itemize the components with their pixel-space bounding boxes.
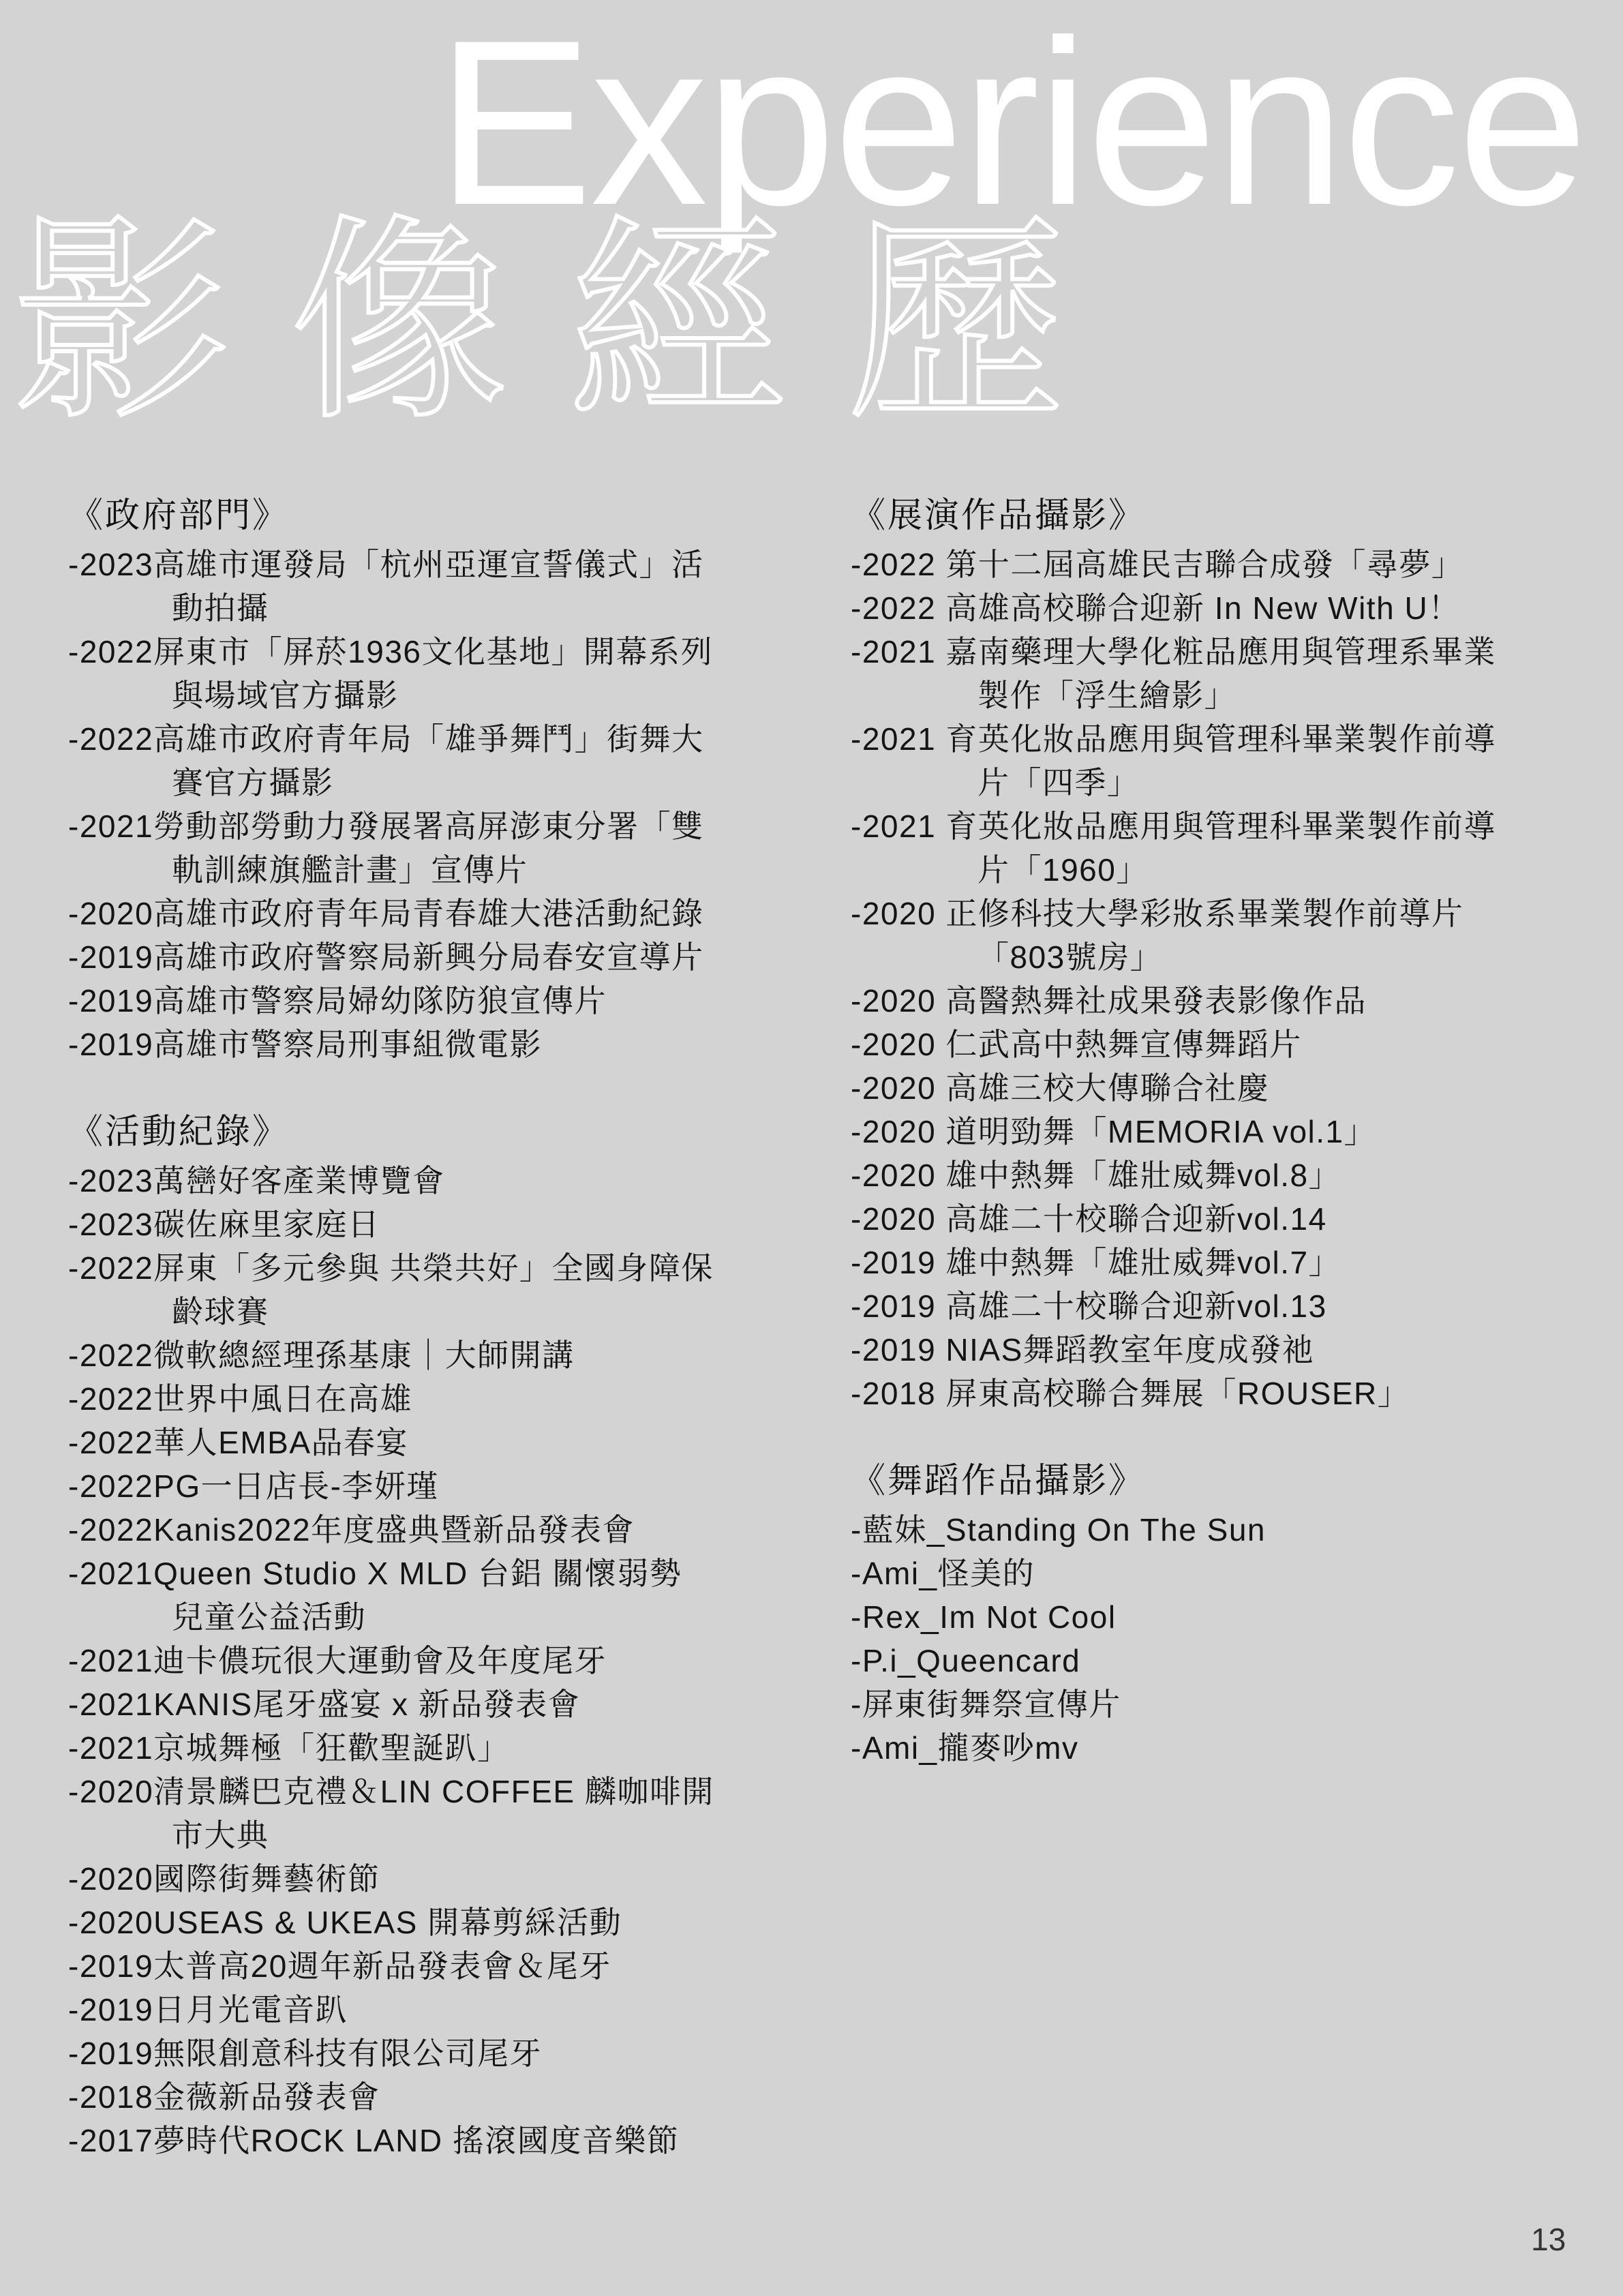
experience-item-wrapped-line: 兒童公益活動 [172,1595,818,1639]
experience-item: -2018金薇新品發表會 [68,2075,818,2119]
section-heading: 《舞蹈作品攝影》 [851,1456,1614,1505]
experience-item: -屏東街舞祭宣傳片 [851,1682,1614,1726]
experience-section: 《政府部門》-2023高雄市運發局「杭州亞運宣誓儀式」活動拍攝-2022屏東市「… [68,491,818,1066]
experience-item: -2021京城舞極「狂歡聖誕趴」 [68,1726,818,1770]
experience-item: -2020 高雄三校大傳聯合社慶 [851,1066,1614,1110]
experience-item: -2021勞動部勞動力發展署高屏澎東分署「雙軌訓練旗艦計畫」宣傳片 [68,804,818,892]
experience-item-wrapped-line: 動拍攝 [172,586,818,630]
portfolio-experience-page: Experience 影像經歷 《政府部門》-2023高雄市運發局「杭州亞運宣誓… [0,0,1623,2296]
experience-item-wrapped-line: 齡球賽 [172,1290,818,1333]
experience-item: -2019日月光電音趴 [68,1988,818,2031]
experience-item-wrapped-line: 「803號房」 [977,935,1614,979]
experience-item-wrapped-line: 製作「浮生繪影」 [977,674,1614,717]
experience-item: -2020 正修科技大學彩妝系畢業製作前導片「803號房」 [851,892,1614,979]
experience-item: -2021迪卡儂玩很大運動會及年度尾牙 [68,1639,818,1682]
section-heading: 《展演作品攝影》 [851,491,1614,540]
experience-item: -Ami_怪美的 [851,1552,1614,1595]
experience-item: -2019 NIAS舞蹈教室年度成發祂 [851,1328,1614,1372]
experience-item: -2021Queen Studio X MLD 台鋁 關懷弱勢兒童公益活動 [68,1552,818,1639]
experience-item: -2020 高雄二十校聯合迎新vol.14 [851,1197,1614,1241]
experience-item: -2022華人EMBA品春宴 [68,1421,818,1464]
experience-item-wrapped-line: 片「1960」 [977,848,1614,892]
experience-item: -2019太普高20週年新品發表會＆尾牙 [68,1944,818,1988]
experience-item: -2021 嘉南藥理大學化粧品應用與管理系畢業製作「浮生繪影」 [851,630,1614,717]
experience-item: -2019無限創意科技有限公司尾牙 [68,2031,818,2075]
experience-item: -2020 道明勁舞「MEMORIA vol.1」 [851,1110,1614,1153]
experience-item: -2023高雄市運發局「杭州亞運宣誓儀式」活動拍攝 [68,543,818,630]
experience-item: -2019高雄市警察局婦幼隊防狼宣傳片 [68,979,818,1023]
experience-item: -藍妹_Standing On The Sun [851,1508,1614,1552]
experience-item-wrapped-line: 市大典 [172,1813,818,1857]
experience-item: -2020高雄市政府青年局青春雄大港活動紀錄 [68,892,818,935]
experience-item: -2022高雄市政府青年局「雄爭舞鬥」街舞大賽官方攝影 [68,717,818,804]
experience-item: -2019 雄中熱舞「雄壯威舞vol.7」 [851,1241,1614,1284]
experience-item: -2022 第十二屆高雄民吉聯合成發「尋夢」 [851,543,1614,586]
experience-item: -2022屏東市「屏菸1936文化基地」開幕系列與場域官方攝影 [68,630,818,717]
experience-item: -P.i_Queencard [851,1639,1614,1682]
experience-item: -2022 高雄高校聯合迎新 In New With U！ [851,586,1614,630]
experience-item: -2020 雄中熱舞「雄壯威舞vol.8」 [851,1153,1614,1197]
experience-item: -2021KANIS尾牙盛宴 x 新品發表會 [68,1682,818,1726]
page-title-chinese-outline: 影像經歷 [12,208,1125,437]
experience-item: -2020 仁武高中熱舞宣傳舞蹈片 [851,1023,1614,1066]
experience-item: -2020國際街舞藝術節 [68,1857,818,1901]
experience-item: -2019高雄市政府警察局新興分局春安宣導片 [68,935,818,979]
experience-section: 《展演作品攝影》-2022 第十二屆高雄民吉聯合成發「尋夢」-2022 高雄高校… [851,491,1614,1415]
experience-item: -2019高雄市警察局刑事組微電影 [68,1023,818,1066]
experience-item-wrapped-line: 賽官方攝影 [172,761,818,804]
experience-item: -2021 育英化妝品應用與管理科畢業製作前導片「1960」 [851,804,1614,892]
experience-item: -2021 育英化妝品應用與管理科畢業製作前導片「四季」 [851,717,1614,804]
experience-column-left: 《政府部門》-2023高雄市運發局「杭州亞運宣誓儀式」活動拍攝-2022屏東市「… [68,491,818,2162]
experience-item: -2018 屏東高校聯合舞展「ROUSER」 [851,1372,1614,1415]
experience-item: -2023碳佐麻里家庭日 [68,1203,818,1246]
page-number: 13 [1531,2221,1566,2258]
experience-item: -Ami_攏麥吵mv [851,1726,1614,1770]
experience-item: -2020 高醫熱舞社成果發表影像作品 [851,979,1614,1023]
section-heading: 《政府部門》 [68,491,818,540]
experience-item: -2022Kanis2022年度盛典暨新品發表會 [68,1508,818,1552]
experience-item: -2019 高雄二十校聯合迎新vol.13 [851,1284,1614,1328]
experience-item-wrapped-line: 與場域官方攝影 [172,674,818,717]
experience-item: -2020清景麟巴克禮＆LIN COFFEE 麟咖啡開市大典 [68,1770,818,1857]
section-heading: 《活動紀錄》 [68,1107,818,1156]
experience-item: -2022PG一日店長-李妍瑾 [68,1464,818,1508]
experience-item: -2017夢時代ROCK LAND 搖滾國度音樂節 [68,2119,818,2162]
experience-item: -2023萬巒好客產業博覽會 [68,1159,818,1203]
experience-item-wrapped-line: 片「四季」 [977,761,1614,804]
experience-item: -2022微軟總經理孫基康｜大師開講 [68,1333,818,1377]
experience-column-right: 《展演作品攝影》-2022 第十二屆高雄民吉聯合成發「尋夢」-2022 高雄高校… [851,491,1614,1770]
experience-section: 《活動紀錄》-2023萬巒好客產業博覽會-2023碳佐麻里家庭日-2022屏東「… [68,1107,818,2162]
experience-item: -2020USEAS & UKEAS 開幕剪綵活動 [68,1901,818,1944]
experience-item: -Rex_Im Not Cool [851,1595,1614,1639]
experience-item: -2022世界中風日在高雄 [68,1377,818,1421]
experience-item-wrapped-line: 軌訓練旗艦計畫」宣傳片 [172,848,818,892]
experience-section: 《舞蹈作品攝影》-藍妹_Standing On The Sun-Ami_怪美的-… [851,1456,1614,1770]
experience-item: -2022屏東「多元參與 共榮共好」全國身障保齡球賽 [68,1246,818,1333]
